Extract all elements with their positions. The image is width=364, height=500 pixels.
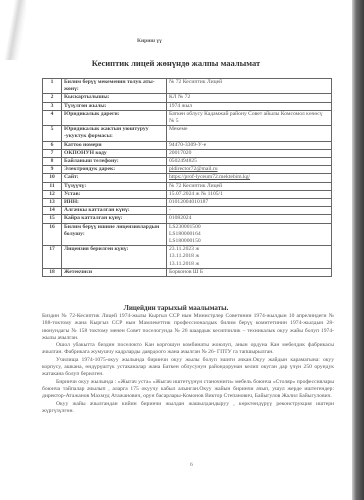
row-label: Электрондук дарек: (62, 166, 167, 174)
history-paragraph: Ошол убакытта биздин поселокто Кан корго… (42, 342, 334, 357)
row-number: 6 (43, 141, 62, 149)
scan-fold-shadow (0, 0, 26, 60)
row-number: 13 (43, 199, 62, 207)
value-line: Борконов Ш Б (169, 269, 329, 276)
row-label: Юридикалык жактын уюштуруу -укуктук форм… (62, 126, 167, 141)
value-line: 94470-3309-У-е (169, 142, 329, 149)
row-value: КЛ № 72 (167, 94, 332, 102)
table-row: 6Каттоо номери94470-3309-У-е (43, 141, 332, 149)
row-number: 1 (43, 79, 62, 94)
value-line: 15.07.2024 ж № 1105/1 (169, 191, 329, 198)
row-number: 15 (43, 215, 62, 223)
row-number: 11 (43, 182, 62, 190)
row-value: - (167, 207, 332, 215)
history-paragraph: Окуу жайы ачылгандан кийин биринчи жылда… (42, 401, 334, 416)
appendix-label: Кириш үү (137, 38, 162, 44)
row-value: 0502494825 (167, 158, 332, 166)
value-line: № 72 Кесиптик Лицей (169, 183, 329, 190)
row-value: Борконов Ш Б (167, 268, 332, 276)
value-line: 20017020 (169, 150, 329, 157)
table-row: 2Кыскартылышы:КЛ № 72 (43, 94, 332, 102)
value-line: LS230001500 (169, 224, 329, 231)
row-value: 1974 жыл (167, 102, 332, 110)
page-number: 6 (190, 462, 193, 468)
row-value: 94470-3309-У-е (167, 141, 332, 149)
table-row: 12Устав:15.07.2024 ж № 1105/1 (43, 190, 332, 198)
row-number: 18 (43, 268, 62, 276)
row-number: 4 (43, 110, 62, 125)
row-number: 17 (43, 246, 62, 269)
row-label: Кыскартылышы: (62, 94, 167, 102)
history-paragraph: Биздин № 72-Кесиптик Лицей 1974-жылы Кыр… (42, 313, 334, 342)
table-row: 5Юридикалык жактын уюштуруу -укуктук фор… (43, 126, 332, 141)
row-value: 23.11.2023 ж13.11.2018 ж13.11.2018 ж (167, 246, 332, 269)
table-row: 8Байланыш телефону:0502494825 (43, 158, 332, 166)
history-title: Лицейдин тарыхый маалыматы. (0, 304, 352, 312)
row-value: № 72 Кесиптик Лицей (167, 79, 332, 94)
row-number: 14 (43, 207, 62, 215)
history-paragraph: Училища 1974-1075-окуу жылында биринчи о… (42, 357, 334, 379)
value-line: 01082024 (169, 215, 329, 222)
value-line: - (169, 207, 329, 214)
value-line: 1974 жыл (169, 103, 329, 110)
row-label: Кайра катталган күнү: (62, 215, 167, 223)
table-row: 15Кайра катталган күнү:01082024 (43, 215, 332, 223)
row-label: Түзүүчү: (62, 182, 167, 190)
value-line: 23.11.2023 ж (169, 246, 329, 253)
table-row: 13ИНН:01012004010187 (43, 199, 332, 207)
table-row: 11Түзүүчү:№ 72 Кесиптик Лицей (43, 182, 332, 190)
value-line: 13.11.2018 ж (169, 253, 329, 260)
row-number: 8 (43, 158, 62, 166)
table-row: 14Алгачкы катталган күнү:- (43, 207, 332, 215)
table-row: 17Лицензия берилген күнү:23.11.2023 ж13.… (43, 246, 332, 269)
table-row: 10Сайт:https://prof-lyceum72.mektebim.kg… (43, 174, 332, 182)
row-number: 12 (43, 190, 62, 198)
value-line: LS180000164 (169, 231, 329, 238)
row-label: Сайт: (62, 174, 167, 182)
row-label: Каттоо номери (62, 141, 167, 149)
value-line: 01012004010187 (169, 199, 329, 206)
row-label: Алгачкы катталган күнү: (62, 207, 167, 215)
history-paragraph: Биринчи окуу жылында : «Жыгач уста» «Жыг… (42, 379, 334, 401)
row-value: Мекеме (167, 126, 332, 141)
row-label: Байланыш телефону: (62, 158, 167, 166)
info-table: 1Билим берүү мекеменин толук аты-жөнү:№ … (42, 78, 332, 277)
row-label: Түзүлгөн жылы: (62, 102, 167, 110)
table-row: 9Электрондук дарек:pldirector72@mail.ru (43, 166, 332, 174)
row-value: LS230001500LS180000164LS180000150 (167, 223, 332, 246)
table-row: 7ОКПОНУН коду20017020 (43, 149, 332, 157)
website-link[interactable]: https://prof-lyceum72.mektebim.kg/ (169, 174, 329, 181)
row-number: 3 (43, 102, 62, 110)
value-line: 0502494825 (169, 158, 329, 165)
row-label: Лицензия берилген күнү: (62, 246, 167, 269)
row-number: 9 (43, 166, 62, 174)
row-value: Баткен облусу Кадамжай району Совет айыл… (167, 110, 332, 125)
row-value: https://prof-lyceum72.mektebim.kg/ (167, 174, 332, 182)
email-link[interactable]: pldirector72@mail.ru (169, 166, 329, 173)
row-value: 01082024 (167, 215, 332, 223)
value-line: КЛ № 72 (169, 94, 329, 101)
page-title: Кесиптик лицей жөнүндө жалпы маалымат (0, 58, 352, 68)
scan-edge (352, 0, 364, 500)
row-number: 10 (43, 174, 62, 182)
row-label: Устав: (62, 190, 167, 198)
row-label: Билим берүү ишине лицензиялардын болушу: (62, 223, 167, 246)
value-line: 13.11.2018 ж (169, 261, 329, 268)
table-row: 16Билим берүү ишине лицензиялардын болуш… (43, 223, 332, 246)
value-line: Баткен облусу Кадамжай району Совет айыл… (169, 111, 329, 125)
row-value: pldirector72@mail.ru (167, 166, 332, 174)
value-line: Мекеме (169, 126, 329, 133)
row-number: 5 (43, 126, 62, 141)
row-label: Жетекчиси (62, 268, 167, 276)
row-label: Юридикалык дареги: (62, 110, 167, 125)
table-row: 1Билим берүү мекеменин толук аты-жөнү:№ … (43, 79, 332, 94)
row-value: 20017020 (167, 149, 332, 157)
table-row: 4Юридикалык дареги:Баткен облусу Кадамжа… (43, 110, 332, 125)
row-label: ОКПОНУН коду (62, 149, 167, 157)
value-line: LS180000150 (169, 238, 329, 245)
history-text: Биздин № 72-Кесиптик Лицей 1974-жылы Кыр… (42, 313, 334, 415)
row-number: 2 (43, 94, 62, 102)
row-value: № 72 Кесиптик Лицей (167, 182, 332, 190)
row-number: 16 (43, 223, 62, 246)
table-row: 18ЖетекчисиБорконов Ш Б (43, 268, 332, 276)
value-line: № 72 Кесиптик Лицей (169, 79, 329, 86)
row-value: 01012004010187 (167, 199, 332, 207)
row-label: ИНН: (62, 199, 167, 207)
row-value: 15.07.2024 ж № 1105/1 (167, 190, 332, 198)
row-label: Билим берүү мекеменин толук аты-жөнү: (62, 79, 167, 94)
row-number: 7 (43, 149, 62, 157)
table-row: 3Түзүлгөн жылы:1974 жыл (43, 102, 332, 110)
document-page: Кириш үү Кесиптик лицей жөнүндө жалпы ма… (0, 0, 352, 500)
